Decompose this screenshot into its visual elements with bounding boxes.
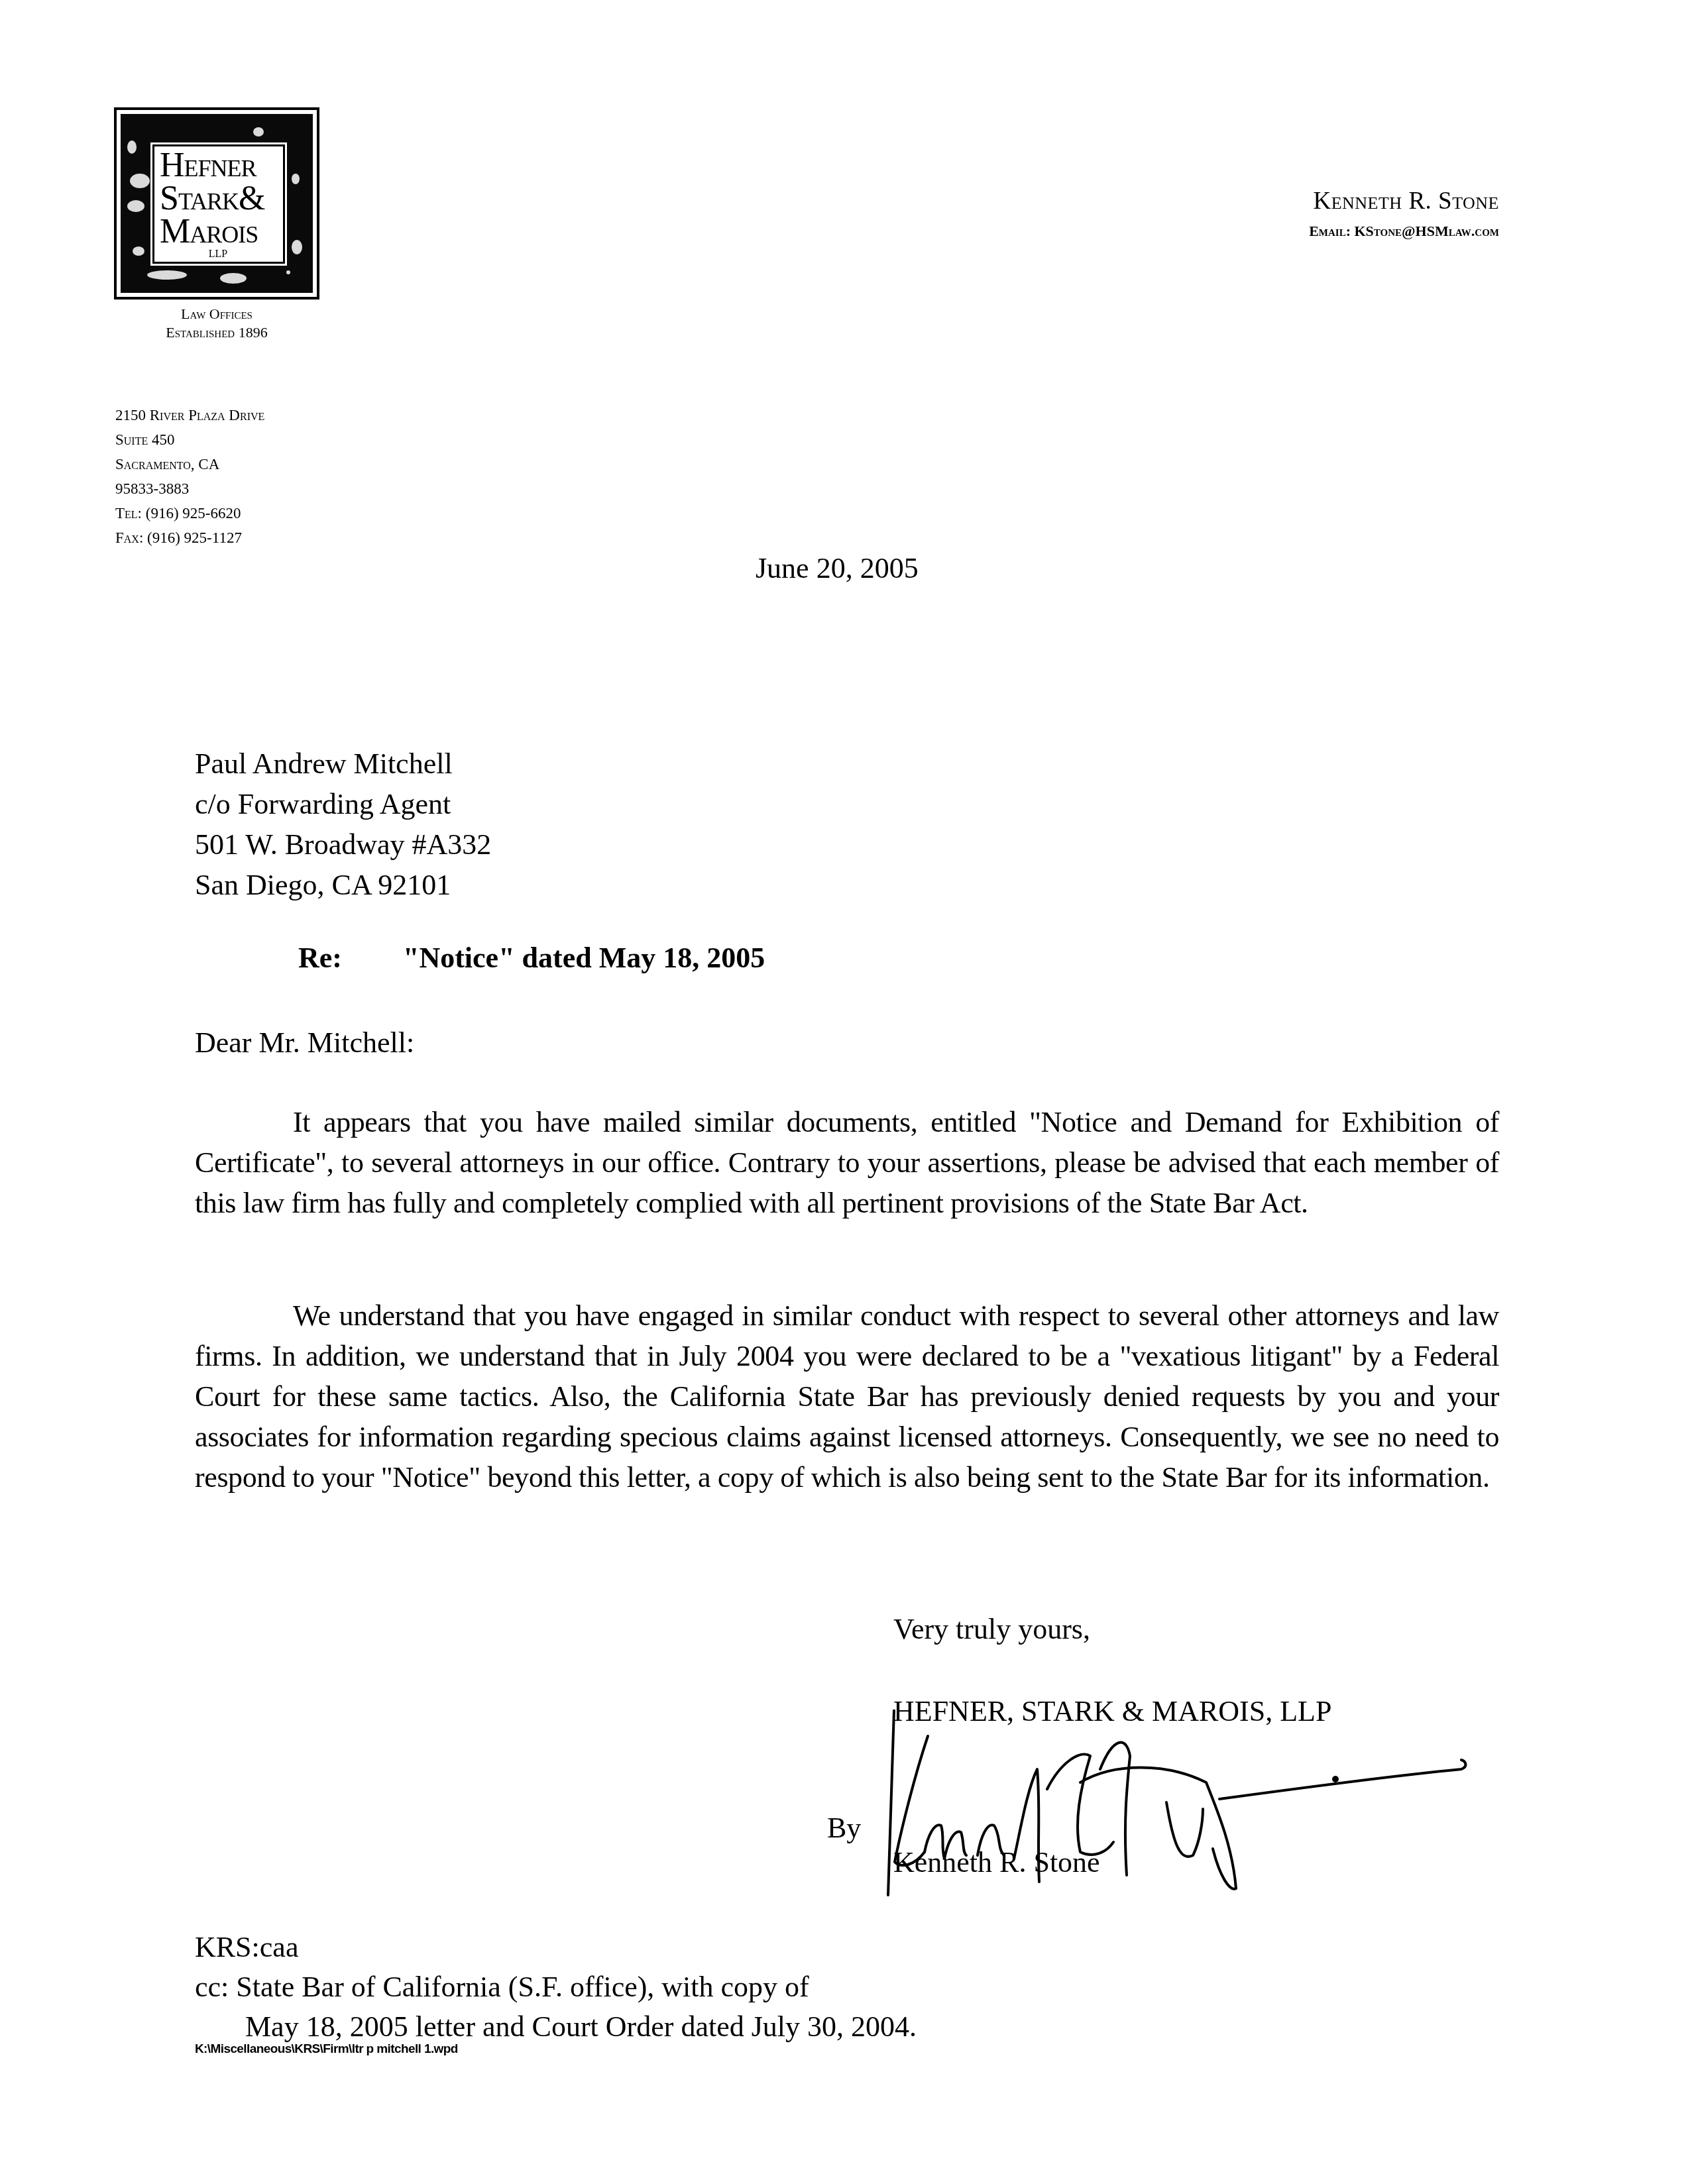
fax-number: (916) 925-1127 <box>147 529 242 546</box>
sender-email-address[interactable]: KStone@HSMlaw.com <box>1355 223 1500 239</box>
recipient-care-of: c/o Forwarding Agent <box>195 784 491 824</box>
logo-caption-law-offices: Law Offices <box>114 305 319 323</box>
recipient-city: San Diego, CA 92101 <box>195 865 491 905</box>
address-telephone: Tel: (916) 925-6620 <box>115 501 264 525</box>
subject-line: Re:"Notice" dated May 18, 2005 <box>298 941 765 975</box>
firm-logo: Hefner Stark& Marois LLP <box>114 107 319 300</box>
cc-line-2: May 18, 2005 letter and Court Order date… <box>245 2006 917 2047</box>
firm-address: 2150 River Plaza Drive Suite 450 Sacrame… <box>115 403 264 550</box>
logo-line-hefner: Hefner <box>160 149 283 182</box>
closing-valediction: Very truly yours, <box>893 1609 1090 1649</box>
logo-background: Hefner Stark& Marois LLP <box>121 114 313 293</box>
subject-text: "Notice" dated May 18, 2005 <box>403 942 765 974</box>
recipient-name: Paul Andrew Mitchell <box>195 743 491 784</box>
document-file-path: K:\Miscellaneous\KRS\Firm\ltr p mitchell… <box>195 2042 458 2057</box>
sender-email-label: Email: <box>1309 223 1351 239</box>
logo-line-stark: Stark& <box>160 182 283 215</box>
sender-email-line: Email: KStone@HSMlaw.com <box>1309 223 1499 240</box>
recipient-address: Paul Andrew Mitchell c/o Forwarding Agen… <box>195 743 491 905</box>
logo-wordmark: Hefner Stark& Marois LLP <box>152 144 285 264</box>
tel-label: Tel: <box>115 505 142 521</box>
subject-label: Re: <box>298 941 403 975</box>
address-fax: Fax: (916) 925-1127 <box>115 525 264 550</box>
address-suite: Suite 450 <box>115 427 264 452</box>
typist-initials: KRS:caa <box>195 1927 298 1967</box>
logo-line-marois: Marois <box>160 215 283 248</box>
logo-caption-established: Established 1896 <box>114 323 319 342</box>
address-street: 2150 River Plaza Drive <box>115 403 264 427</box>
recipient-street: 501 W. Broadway #A332 <box>195 824 491 865</box>
body-paragraph-2: We understand that you have engaged in s… <box>195 1295 1499 1498</box>
cc-line-1: cc: State Bar of California (S.F. office… <box>195 1967 809 2007</box>
letter-date: June 20, 2005 <box>756 551 919 585</box>
salutation: Dear Mr. Mitchell: <box>195 1022 414 1063</box>
handwritten-signature <box>862 1710 1471 1908</box>
by-label: By <box>827 1808 861 1848</box>
sender-name: Kenneth R. Stone <box>1313 187 1499 215</box>
address-city-state: Sacramento, CA <box>115 452 264 476</box>
fax-label: Fax: <box>115 529 143 546</box>
address-zip: 95833-3883 <box>115 476 264 501</box>
tel-number: (916) 925-6620 <box>146 505 241 521</box>
body-paragraph-1: It appears that you have mailed similar … <box>195 1102 1499 1223</box>
logo-caption: Law Offices Established 1896 <box>114 305 319 342</box>
